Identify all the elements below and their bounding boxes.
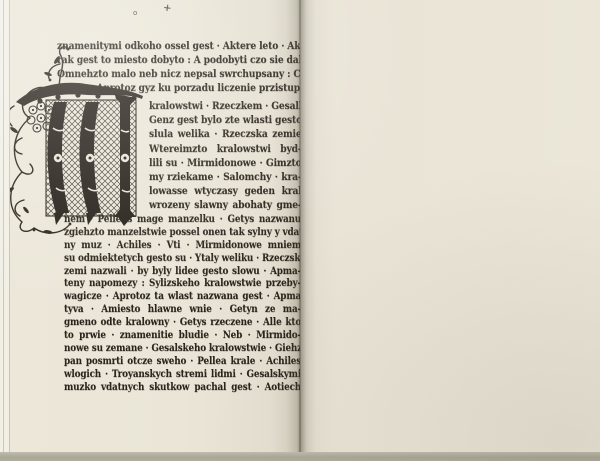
left-page-edge — [0, 0, 10, 453]
text-line: Genz gest bylo zte wlasti gesto — [149, 113, 302, 127]
book-bottom-edge — [0, 452, 600, 461]
text-line: teny napomezy : Sylizskeho kralowstwie p… — [64, 277, 301, 290]
left-column-beside-initial: kralowstwi · Rzeczkem · GesalkaGenz gest… — [149, 99, 302, 213]
text-line: wlogich · Troyanskych stremi lidmi · Ges… — [64, 368, 301, 381]
header-mark-circle: o — [133, 9, 137, 17]
header-cross-icon: + — [162, 2, 172, 14]
text-line: ny muz · Achiles · Vti · Mirmidonowe mni… — [64, 239, 301, 252]
left-body-paragraph: nem · Pelleus mage manzelku · Getys nazw… — [64, 213, 301, 393]
text-line: my rziekame · Salomchy · kra- — [149, 170, 302, 184]
text-line: slula welika · Rzeczska zemie — [149, 127, 302, 141]
text-line: lili su · Mirmidonowe · Gimzto — [149, 156, 302, 170]
right-page: wzprawie Owidius wgtrnazte kapitole Meth… — [300, 0, 600, 453]
illuminated-initial-w — [0, 40, 148, 238]
text-line: kralowstwi · Rzeczkem · Gesalka — [149, 99, 302, 113]
text-line: wrozeny slawny abohaty gme- — [149, 198, 302, 212]
text-line: zemi nazwali · by byly lidee gesto slowu… — [64, 265, 301, 278]
text-line: su odmiektetych gesto su · Ytaly weliku … — [64, 252, 301, 265]
text-line: wagicze · Aprotoz ta wlast nazwana gest … — [64, 290, 301, 303]
text-line: gmeno odte kralowny · Getys rzeczene · A… — [64, 316, 301, 329]
text-line: tyva · Amiesto hlawne wnie · Getyn ze ma… — [64, 303, 301, 316]
text-line: Wtereimzto kralowstwi byd- — [149, 142, 302, 156]
open-book-photo: o + znamenitymi odkoho ossel gest · Akte… — [0, 0, 600, 461]
text-line: muzko vdatnych skutkow pachal gest · Aot… — [64, 381, 301, 394]
text-line: nowe su zemane · Gesalskeho kralowstwie … — [64, 342, 301, 355]
text-line: pan posmrti otcze sweho · Pellea krale ·… — [64, 355, 301, 368]
text-line: to prwie · znamenitie bludie · Neb · Mir… — [64, 329, 301, 342]
text-line: lowasse wtyczasy geden kral — [149, 184, 302, 198]
